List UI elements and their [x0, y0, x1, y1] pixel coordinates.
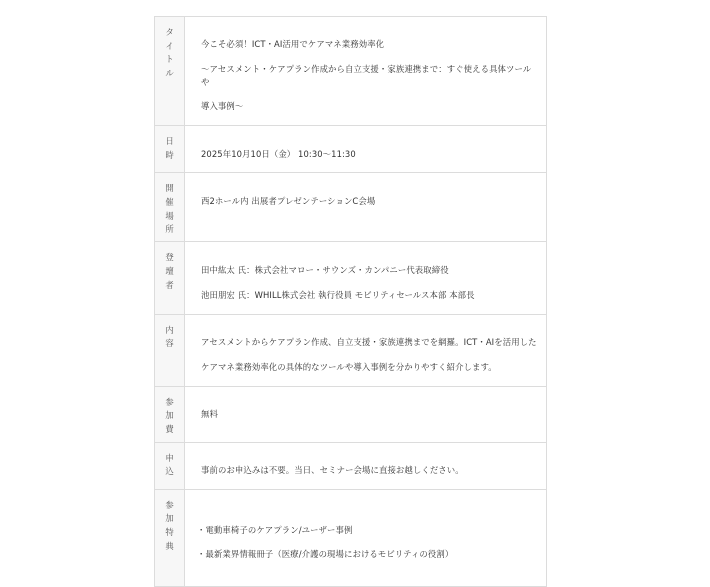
- row-value-application: 事前のお申込みは不要。当日、セミナー会場に直接お越しください。: [185, 442, 547, 474]
- table-row-title: タ イ ト ル 今こそ必須！ICT・AI活用でケアマネ業務効率化 〜アセスメント…: [155, 17, 547, 126]
- label-char: 登: [165, 251, 173, 265]
- label-char: 参: [165, 396, 173, 410]
- label-char: 開: [165, 182, 173, 196]
- label-char: ト: [165, 53, 173, 67]
- row-value-speakers: 田中紘太 氏：株式会社マロー・サウンズ・カンパニー代表取締役 池田朋宏 氏：WH…: [185, 242, 547, 314]
- label-char: 所: [165, 223, 173, 237]
- table-row-content: 内 容 アセスメントからケアプラン作成、自立支援・家族連携までを網羅。ICT・A…: [155, 314, 547, 386]
- row-label-fee: 参 加 費: [155, 386, 185, 442]
- speaker-line: 池田朋宏 氏：WHILL株式会社 執行役員 モビリティセールス本部 本部長: [201, 289, 538, 301]
- row-label-speakers: 登 壇 者: [155, 242, 185, 314]
- application-text: 事前のお申込みは不要。当日、セミナー会場に直接お越しください。: [201, 464, 538, 474]
- row-value-title: 今こそ必須！ICT・AI活用でケアマネ業務効率化 〜アセスメント・ケアプラン作成…: [185, 17, 547, 126]
- label-char: タ: [165, 26, 173, 40]
- row-label-title: タ イ ト ル: [155, 17, 185, 126]
- title-line: 導入事例〜: [201, 100, 538, 112]
- row-label-content: 内 容: [155, 314, 185, 386]
- row-value-content: アセスメントからケアプラン作成、自立支援・家族連携までを網羅。ICT・AIを活用…: [185, 314, 547, 386]
- label-char: ル: [165, 67, 173, 81]
- label-char: 内: [165, 324, 173, 338]
- label-char: 日: [165, 135, 173, 149]
- table-row-application: 申 込 事前のお申込みは不要。当日、セミナー会場に直接お越しください。: [155, 442, 547, 474]
- content-line: アセスメントからケアプラン作成、自立支援・家族連携までを網羅。ICT・AIを活用…: [201, 336, 538, 348]
- title-line: 〜アセスメント・ケアプラン作成から自立支援・家族連携まで：すぐ使える具体ツールや: [201, 63, 538, 88]
- row-label-datetime: 日 時: [155, 126, 185, 173]
- label-char: 加: [165, 409, 173, 423]
- row-label-venue: 開 催 場 所: [155, 173, 185, 242]
- row-label-application: 申 込: [155, 442, 185, 474]
- fee-text: 無料: [201, 408, 538, 420]
- table-row-venue: 開 催 場 所 西2ホール内 出展者プレゼンテーションC会場: [155, 173, 547, 242]
- seminar-info-table: タ イ ト ル 今こそ必須！ICT・AI活用でケアマネ業務効率化 〜アセスメント…: [154, 16, 547, 474]
- row-value-datetime: 2025年10月10日（金） 10:30〜11:30: [185, 126, 547, 173]
- content-line: ケアマネ業務効率化の具体的なツールや導入事例を分かりやすく紹介します。: [201, 361, 538, 373]
- label-char: 込: [165, 465, 173, 474]
- row-value-fee: 無料: [185, 386, 547, 442]
- label-char: 壇: [165, 265, 173, 279]
- label-char: 費: [165, 423, 173, 437]
- label-char: 申: [165, 452, 173, 466]
- table-row-datetime: 日 時 2025年10月10日（金） 10:30〜11:30: [155, 126, 547, 173]
- table-row-speakers: 登 壇 者 田中紘太 氏：株式会社マロー・サウンズ・カンパニー代表取締役 池田朋…: [155, 242, 547, 314]
- venue-text: 西2ホール内 出展者プレゼンテーションC会場: [201, 195, 538, 207]
- title-line: 今こそ必須！ICT・AI活用でケアマネ業務効率化: [201, 38, 538, 50]
- datetime-text: 2025年10月10日（金） 10:30〜11:30: [201, 148, 538, 160]
- label-char: 者: [165, 279, 173, 293]
- label-char: 催: [165, 196, 173, 210]
- row-value-venue: 西2ホール内 出展者プレゼンテーションC会場: [185, 173, 547, 242]
- speaker-line: 田中紘太 氏：株式会社マロー・サウンズ・カンパニー代表取締役: [201, 264, 538, 276]
- table-row-fee: 参 加 費 無料: [155, 386, 547, 442]
- label-char: イ: [165, 40, 173, 54]
- label-char: 場: [165, 210, 173, 224]
- label-char: 時: [165, 149, 173, 163]
- label-char: 容: [165, 337, 173, 351]
